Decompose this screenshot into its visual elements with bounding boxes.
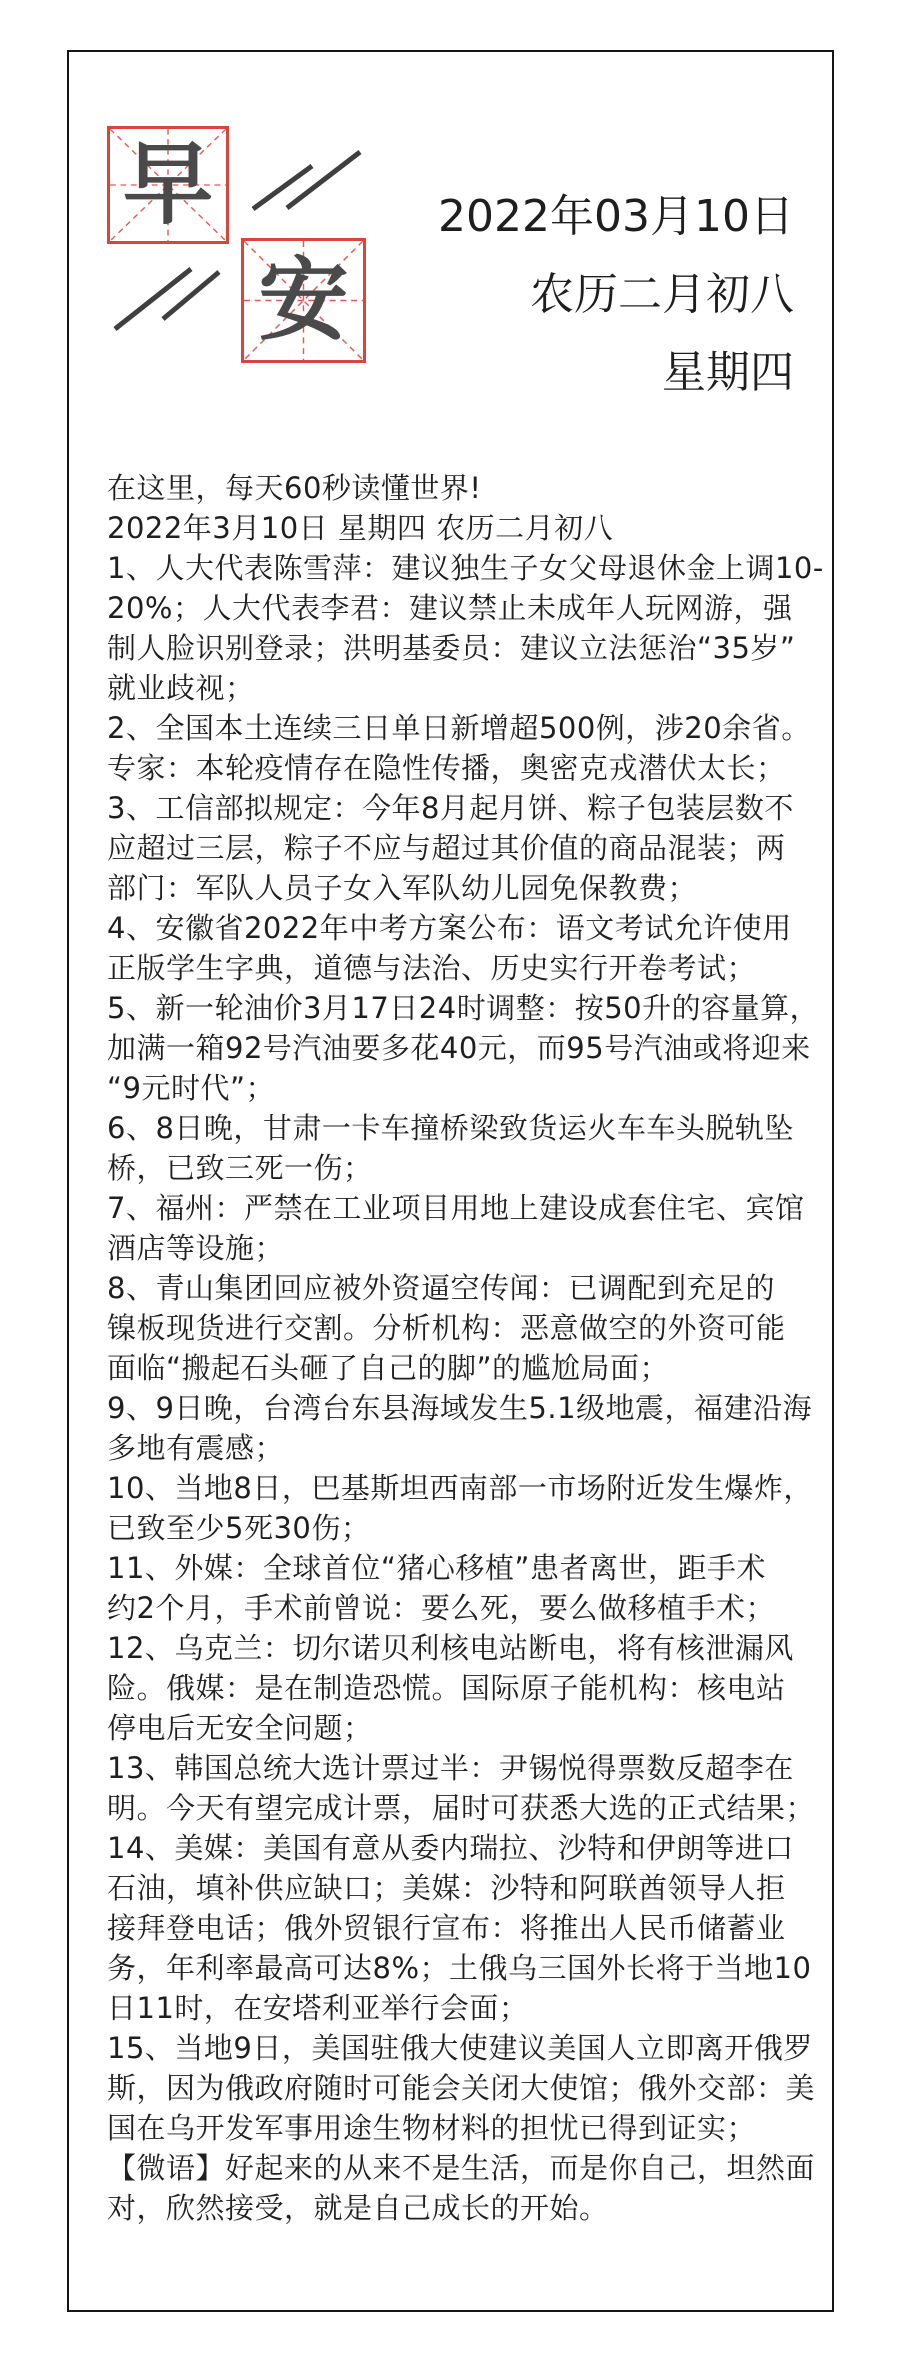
news-line: 在这里，每天60秒读懂世界! xyxy=(107,468,817,508)
news-line: 13、韩国总统大选计票过半：尹锡悦得票数反超李在 xyxy=(107,1748,817,1788)
news-line: 4、安徽省2022年中考方案公布：语文考试允许使用 xyxy=(107,908,817,948)
news-line: 就业歧视； xyxy=(107,668,817,708)
news-line: 7、福州：严禁在工业项目用地上建设成套住宅、宾馆 xyxy=(107,1188,817,1228)
decor-slashes-icon xyxy=(99,122,429,422)
news-line: 加满一箱92号汽油要多花40元，而95号汽油或将迎来 xyxy=(107,1028,817,1068)
news-line: 镍板现货进行交割。分析机构：恶意做空的外资可能 xyxy=(107,1308,817,1348)
news-line: 斯，因为俄政府随时可能会关闭大使馆；俄外交部：美 xyxy=(107,2068,817,2108)
news-line: 接拜登电话；俄外贸银行宣布：将推出人民币储蓄业 xyxy=(107,1908,817,1948)
news-line: 正版学生字典，道德与法治、历史实行开卷考试； xyxy=(107,948,817,988)
news-line: 12、乌克兰：切尔诺贝利核电站断电，将有核泄漏风 xyxy=(107,1628,817,1668)
news-line: 石油，填补供应缺口；美媒：沙特和阿联酋领导人拒 xyxy=(107,1868,817,1908)
news-line: 酒店等设施； xyxy=(107,1228,817,1268)
news-line: 11、外媒：全球首位“猪心移植”患者离世，距手术 xyxy=(107,1548,817,1588)
news-line: 制人脸识别登录；洪明基委员：建议立法惩治“35岁” xyxy=(107,628,817,668)
news-line: 专家：本轮疫情存在隐性传播，奥密克戎潜伏太长； xyxy=(107,748,817,788)
news-line: 6、8日晚，甘肃一卡车撞桥梁致货运火车车头脱轨坠 xyxy=(107,1108,817,1148)
news-line: 停电后无安全问题； xyxy=(107,1708,817,1748)
news-line: 明。今天有望完成计票，届时可获悉大选的正式结果； xyxy=(107,1788,817,1828)
news-line: 5、新一轮油价3月17日24时调整：按50升的容量算， xyxy=(107,988,817,1028)
date-line: 2022年03月10日 xyxy=(438,178,794,256)
news-line: 15、当地9日，美国驻俄大使建议美国人立即离开俄罗 xyxy=(107,2028,817,2068)
news-line: 部门：军队人员子女入军队幼儿园免保教费； xyxy=(107,868,817,908)
news-line: 应超过三层，粽子不应与超过其价值的商品混装；两 xyxy=(107,828,817,868)
news-line: 2、全国本土连续三日单日新增超500例，涉20余省。 xyxy=(107,708,817,748)
news-card: 早 安 2022年03月10日 农历二月初八 星期四 在这里，每天60秒读懂世界… xyxy=(67,50,834,2312)
news-line: 国在乌开发军事用途生物材料的担忧已得到证实； xyxy=(107,2108,817,2148)
news-line: 多地有震感； xyxy=(107,1428,817,1468)
news-line: 3、工信部拟规定：今年8月起月饼、粽子包装层数不 xyxy=(107,788,817,828)
news-line: 9、9日晚，台湾台东县海域发生5.1级地震，福建沿海 xyxy=(107,1388,817,1428)
news-line: 务，年利率最高可达8%；土俄乌三国外长将于当地10 xyxy=(107,1948,817,1988)
news-line: 20%；人大代表李君：建议禁止未成年人玩网游，强 xyxy=(107,588,817,628)
news-line: 10、当地8日，巴基斯坦西南部一市场附近发生爆炸， xyxy=(107,1468,817,1508)
news-line: 约2个月，手术前曾说：要么死，要么做移植手术； xyxy=(107,1588,817,1628)
news-line: 险。俄媒：是在制造恐慌。国际原子能机构：核电站 xyxy=(107,1668,817,1708)
news-line: 14、美媒：美国有意从委内瑞拉、沙特和伊朗等进口 xyxy=(107,1828,817,1868)
news-line: 日11时，在安塔利亚举行会面； xyxy=(107,1988,817,2028)
news-line: “9元时代”； xyxy=(107,1068,817,1108)
lunar-date-line: 农历二月初八 xyxy=(438,256,794,334)
news-line: 面临“搬起石头砸了自己的脚”的尴尬局面； xyxy=(107,1348,817,1388)
weekday-line: 星期四 xyxy=(438,334,794,412)
news-line: 已致至少5死30伤； xyxy=(107,1508,817,1548)
news-line: 1、人大代表陈雪萍：建议独生子女父母退休金上调10- xyxy=(107,548,817,588)
news-body: 在这里，每天60秒读懂世界!2022年3月10日 星期四 农历二月初八1、人大代… xyxy=(107,468,817,2228)
news-line: 对，欣然接受，就是自己成长的开始。 xyxy=(107,2188,817,2228)
news-line: 8、青山集团回应被外资逼空传闻：已调配到充足的 xyxy=(107,1268,817,1308)
news-line: 桥，已致三死一伤； xyxy=(107,1148,817,1188)
date-block: 2022年03月10日 农历二月初八 星期四 xyxy=(438,178,794,412)
news-line: 2022年3月10日 星期四 农历二月初八 xyxy=(107,508,817,548)
news-line: 【微语】好起来的从来不是生活，而是你自己，坦然面 xyxy=(107,2148,817,2188)
